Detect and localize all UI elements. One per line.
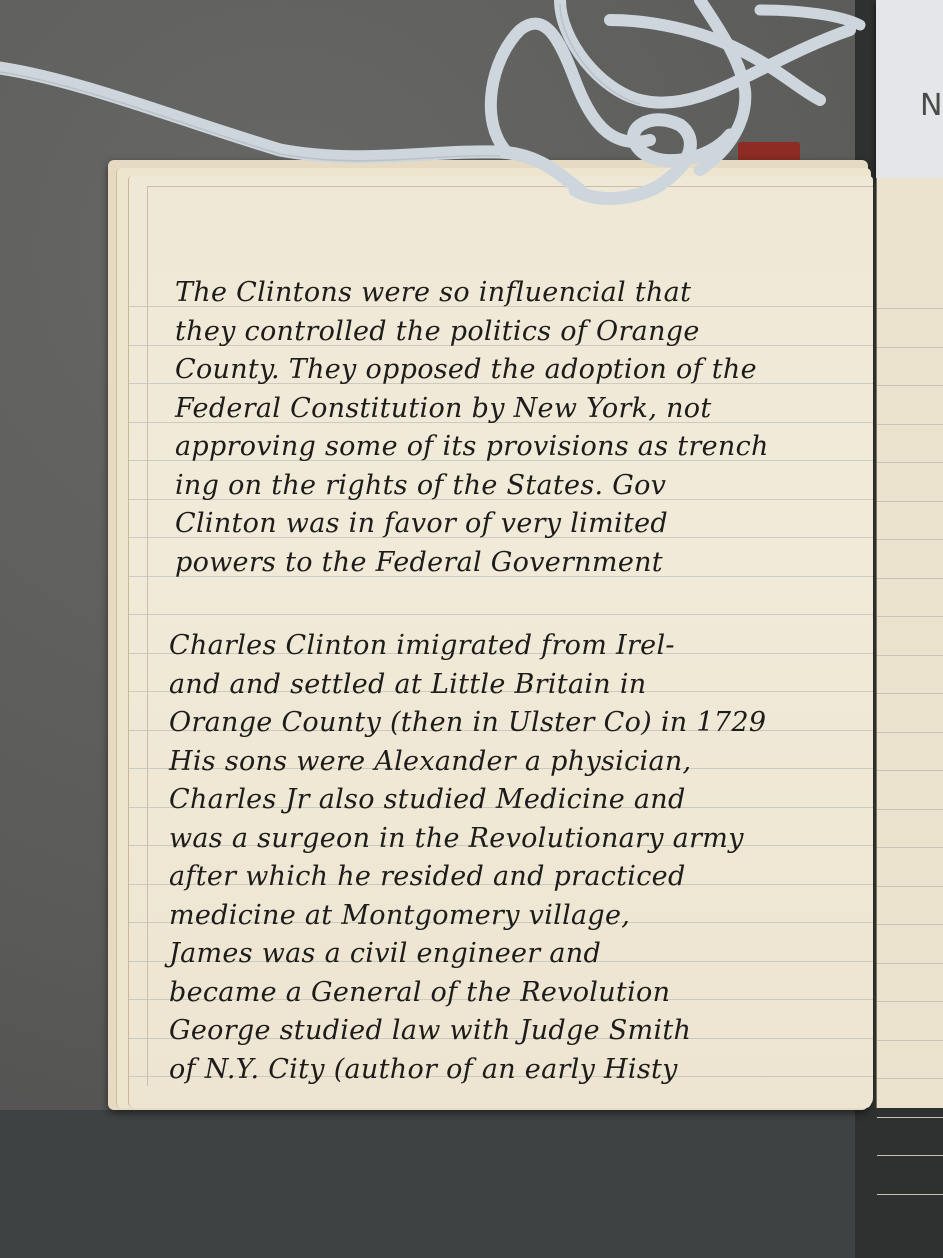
ruled-line [877,693,943,694]
label-card-text: N [920,88,942,123]
ruled-line [877,424,943,425]
text-line: Charles Clinton imigrated from Irel- [169,627,859,666]
text-line: they controlled the politics of Orange [175,313,865,352]
ruled-line [877,1040,943,1041]
ruled-line [877,1001,943,1002]
ruled-line [877,1078,943,1079]
text-line: medicine at Montgomery village, [169,897,859,936]
text-line: became a General of the Revolution [169,974,859,1013]
ruled-line [877,1155,943,1156]
ruled-line [877,462,943,463]
felt-background-lower [0,1110,943,1258]
ruled-line [877,578,943,579]
text-line: of N.Y. City (author of an early Histy [169,1051,859,1090]
ruled-line [877,385,943,386]
ruled-line [877,886,943,887]
ruled-line [877,770,943,771]
text-line: after which he resided and practiced [169,858,859,897]
text-line: Clinton was in favor of very limited [175,505,865,544]
ruled-line [877,963,943,964]
ruled-line [877,732,943,733]
text-line: was a surgeon in the Revolutionary army [169,820,859,859]
ruled-line [877,347,943,348]
ruled-line [877,924,943,925]
ruled-line [877,1194,943,1195]
text-line: Federal Constitution by New York, not [175,390,865,429]
text-line: George studied law with Judge Smith [169,1012,859,1051]
text-line: and and settled at Little Britain in [169,666,859,705]
ruled-line [877,501,943,502]
ruled-line [877,616,943,617]
ruled-line [877,539,943,540]
notebook-page: The Clintons were so influencial that th… [128,176,873,1108]
ruled-line [877,847,943,848]
text-line: County. They opposed the adoption of the [175,351,865,390]
paragraph-charles-clinton: Charles Clinton imigrated from Irel- and… [169,627,859,1089]
ruled-line [877,308,943,309]
red-bookmark-tab [738,142,800,160]
ruled-line [129,614,873,615]
ruled-line [877,809,943,810]
page-border-top [147,186,873,187]
paragraph-clinton-politics: The Clintons were so influencial that th… [175,274,865,582]
ruled-line [877,655,943,656]
text-line: James was a civil engineer and [169,935,859,974]
label-card: N [876,0,943,180]
facing-page [876,178,943,1108]
text-line: ing on the rights of the States. Gov [175,467,865,506]
page-border-left [147,186,148,1086]
text-line: The Clintons were so influencial that [175,274,865,313]
text-line: Orange County (then in Ulster Co) in 172… [169,704,859,743]
ruled-line [877,1117,943,1118]
text-line: approving some of its provisions as tren… [175,428,865,467]
text-line: powers to the Federal Government [175,544,865,583]
text-line: Charles Jr also studied Medicine and [169,781,859,820]
text-line: His sons were Alexander a physician, [169,743,859,782]
